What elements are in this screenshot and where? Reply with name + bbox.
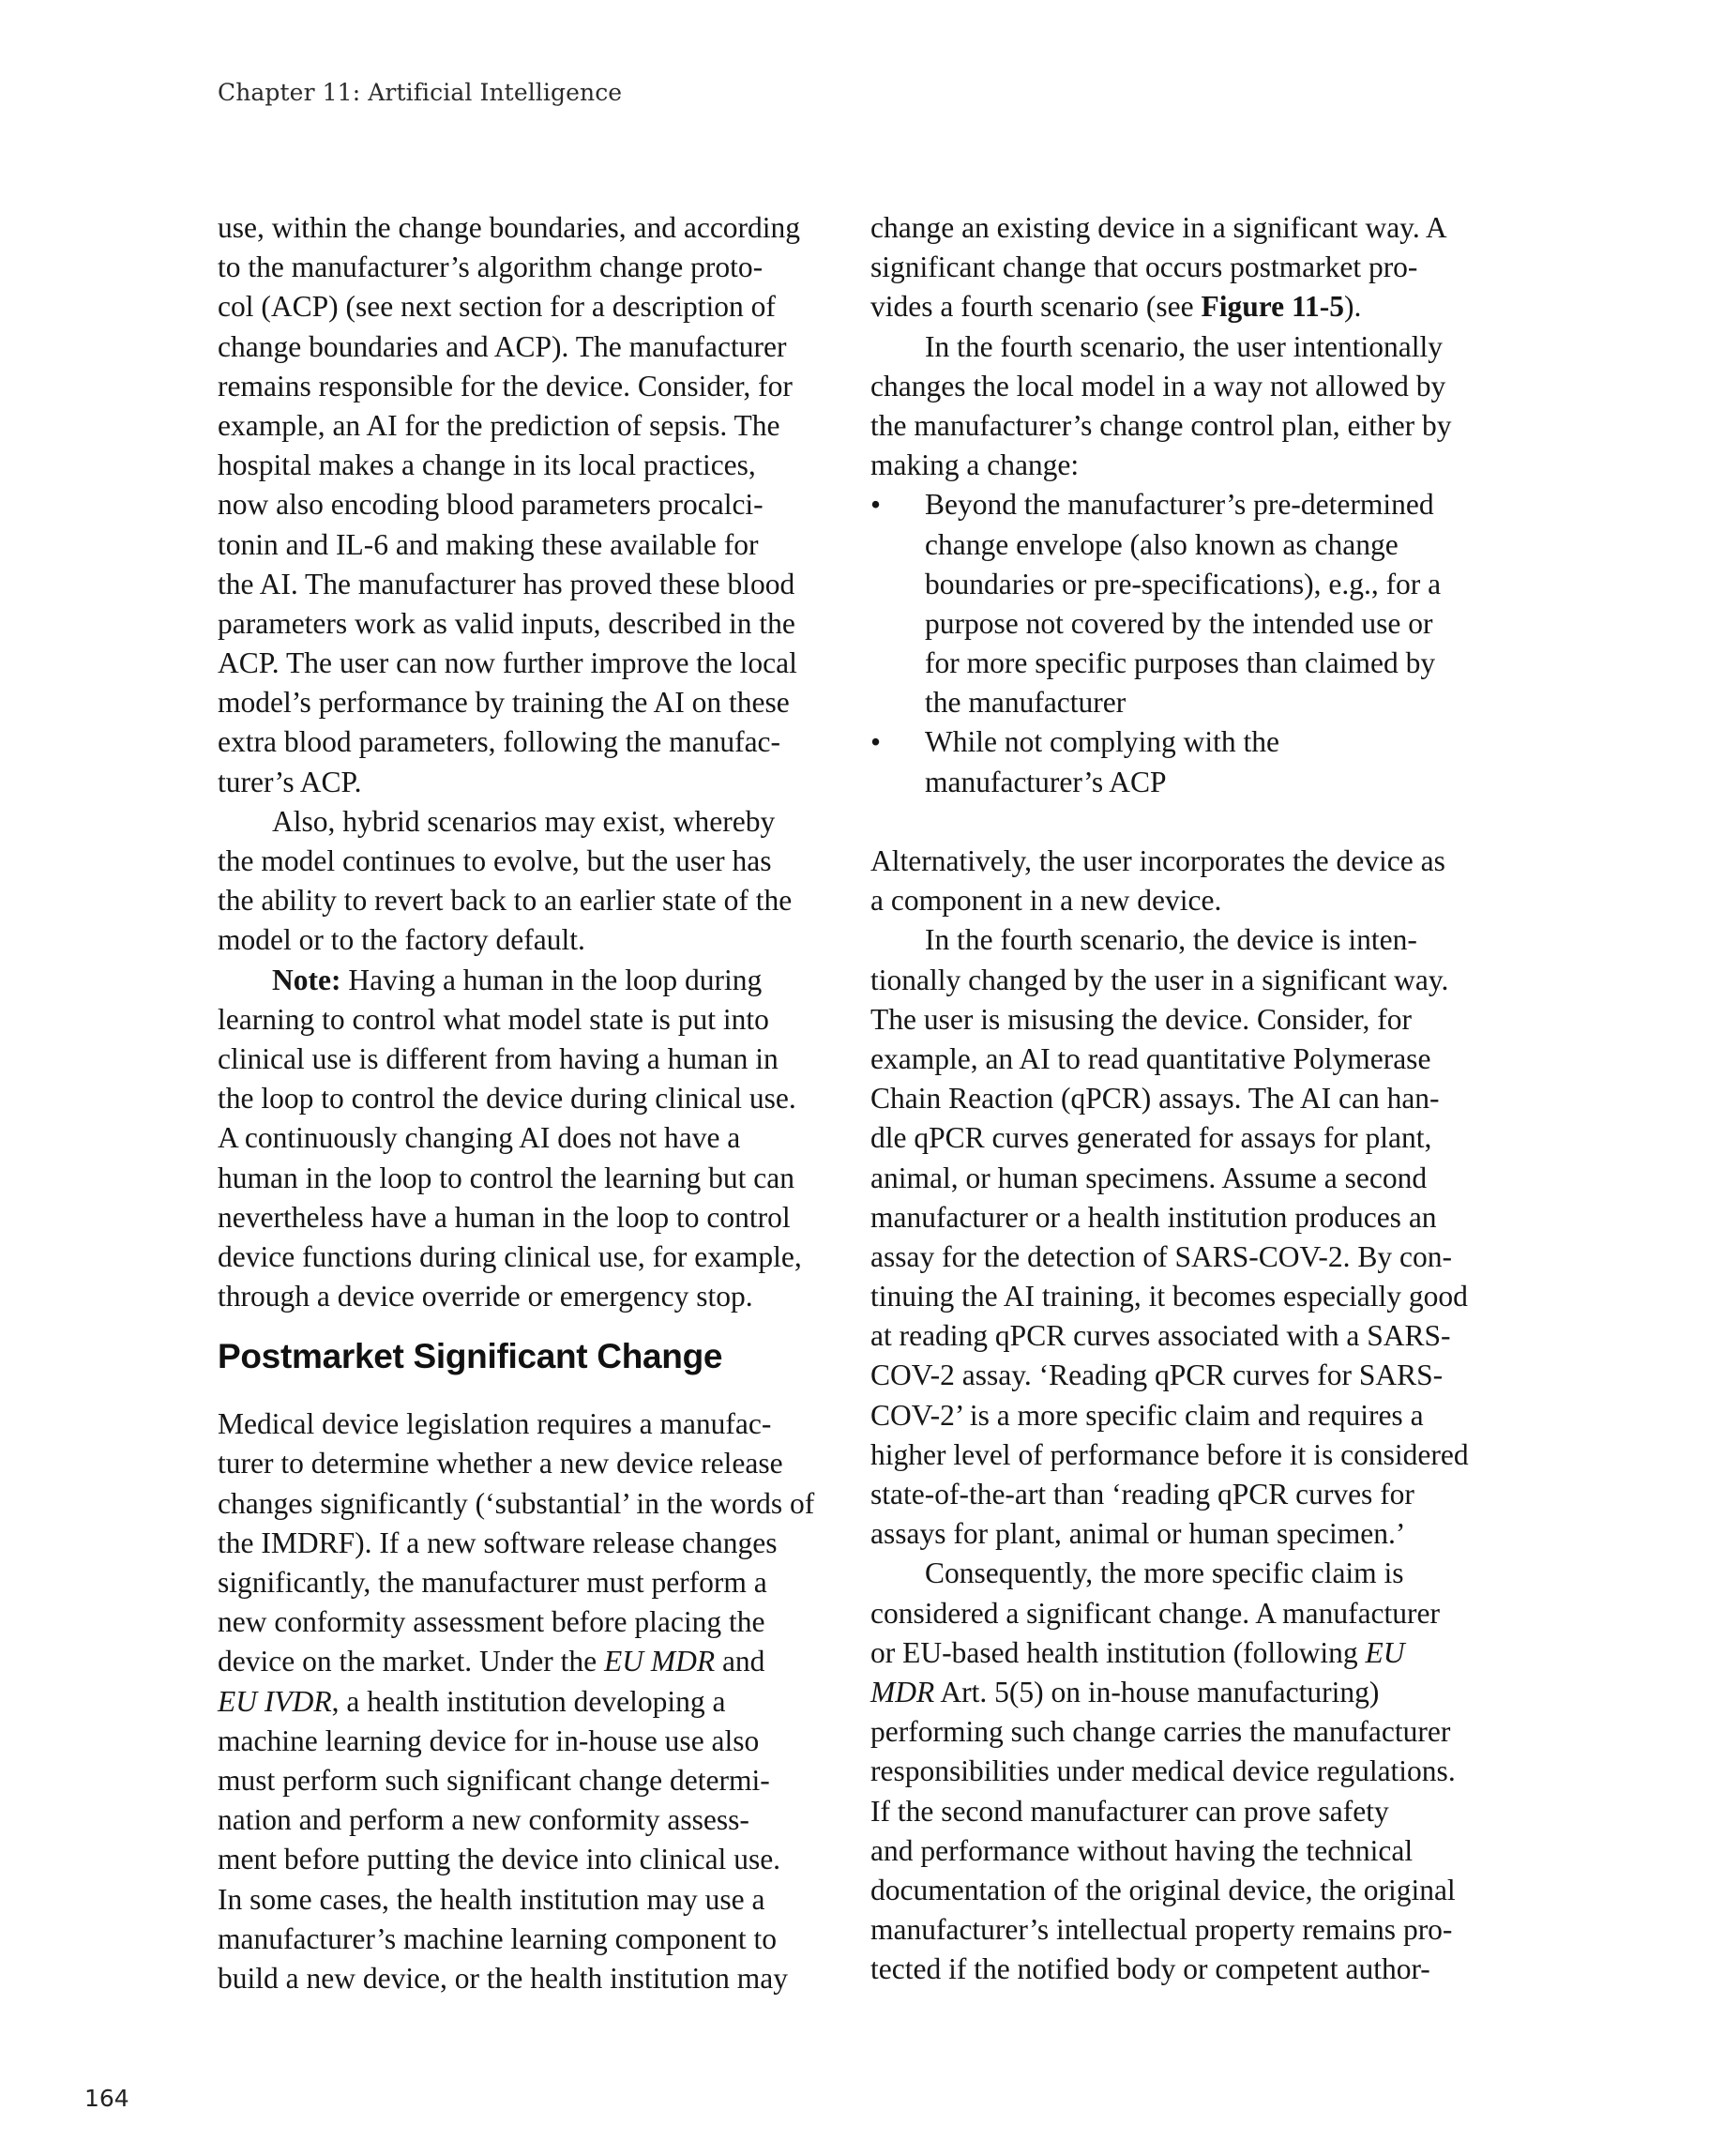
text-line: documentation of the original device, th… — [870, 1871, 1490, 1910]
regulation-name: EU IVDR — [218, 1685, 332, 1718]
text-line: A continuously changing AI does not have… — [218, 1118, 837, 1158]
bullet-list: •Beyond the manufacturer’s pre-determine… — [870, 485, 1490, 802]
text-span: or EU-based health institution (followin… — [870, 1636, 1366, 1669]
text-line: parameters work as valid inputs, describ… — [218, 604, 837, 644]
text-line: example, an AI to read quantitative Poly… — [870, 1040, 1490, 1079]
text-line: build a new device, or the health instit… — [218, 1959, 837, 1998]
text-line: tonin and IL-6 and making these availabl… — [218, 525, 837, 565]
text-line: vides a fourth scenario (see Figure 11-5… — [870, 287, 1490, 326]
text-line: boundaries or pre-specifications), e.g.,… — [870, 565, 1490, 604]
bullet-icon: • — [870, 722, 881, 762]
text-line: change an existing device in a significa… — [870, 208, 1490, 248]
text-line: assays for plant, animal or human specim… — [870, 1514, 1490, 1554]
left-column: use, within the change boundaries, and a… — [218, 208, 837, 1998]
regulation-name: MDR — [870, 1676, 934, 1708]
text-line: example, an AI for the prediction of sep… — [218, 406, 837, 446]
text-line: machine learning device for in-house use… — [218, 1722, 837, 1761]
text-line: col (ACP) (see next section for a descri… — [218, 287, 837, 326]
text-line: device functions during clinical use, fo… — [218, 1237, 837, 1277]
text-line: the loop to control the device during cl… — [218, 1079, 837, 1118]
paragraph-consequently: Consequently, the more specific claim is… — [870, 1554, 1490, 1989]
text-line: the manufacturer — [870, 683, 1490, 722]
text-span: While not complying with the — [925, 725, 1279, 758]
text-span: ). — [1344, 290, 1361, 323]
text-line: changes the local model in a way not all… — [870, 367, 1490, 406]
text-line: tionally changed by the user in a signif… — [870, 961, 1490, 1000]
text-line: purpose not covered by the intended use … — [870, 604, 1490, 644]
section-heading: Postmarket Significant Change — [218, 1335, 837, 1378]
text-line: use, within the change boundaries, and a… — [218, 208, 837, 248]
text-line: COV-2 assay. ‘Reading qPCR curves for SA… — [870, 1356, 1490, 1395]
text-line: If the second manufacturer can prove saf… — [870, 1792, 1490, 1831]
regulation-name: EU MDR — [604, 1645, 715, 1678]
text-line: responsibilities under medical device re… — [870, 1752, 1490, 1791]
right-column: change an existing device in a significa… — [870, 208, 1490, 1989]
text-line: new conformity assessment before placing… — [218, 1602, 837, 1642]
text-line: manufacturer’s ACP — [870, 763, 1490, 802]
text-line: In some cases, the health institution ma… — [218, 1880, 837, 1920]
text-line: hospital makes a change in its local pra… — [218, 446, 837, 485]
text-line: Alternatively, the user incorporates the… — [870, 842, 1490, 881]
text-line: tinuing the AI training, it becomes espe… — [870, 1277, 1490, 1316]
text-line: The user is misusing the device. Conside… — [870, 1000, 1490, 1040]
text-line: now also encoding blood parameters proca… — [218, 485, 837, 524]
text-line: tected if the notified body or competent… — [870, 1950, 1490, 1989]
paragraph-qpcr-example: In the fourth scenario, the device is in… — [870, 920, 1490, 1554]
text-line: considered a significant change. A manuf… — [870, 1594, 1490, 1633]
text-line: making a change: — [870, 446, 1490, 485]
text-line: performing such change carries the manuf… — [870, 1712, 1490, 1752]
text-line: significantly, the manufacturer must per… — [218, 1563, 837, 1602]
text-line: for more specific purposes than claimed … — [870, 644, 1490, 683]
text-line: In the fourth scenario, the device is in… — [870, 920, 1490, 960]
text-span: device on the market. Under the — [218, 1645, 604, 1678]
text-line: nevertheless have a human in the loop to… — [218, 1198, 837, 1237]
text-line: •While not complying with the — [870, 722, 1490, 762]
text-line: Also, hybrid scenarios may exist, whereb… — [218, 802, 837, 842]
paragraph-alternatively: Alternatively, the user incorporates the… — [870, 842, 1490, 920]
paragraph-gap — [870, 802, 1490, 842]
text-line: turer’s ACP. — [218, 763, 837, 802]
text-line: assay for the detection of SARS-COV-2. B… — [870, 1237, 1490, 1277]
running-head: Chapter 11: Artificial Intelligence — [218, 79, 622, 106]
text-line: changes significantly (‘substantial’ in … — [218, 1484, 837, 1524]
bullet-icon: • — [870, 485, 881, 524]
text-line: In the fourth scenario, the user intenti… — [870, 327, 1490, 367]
paragraph-fourth-scenario: In the fourth scenario, the user intenti… — [870, 327, 1490, 486]
text-line: the model continues to evolve, but the u… — [218, 842, 837, 881]
note-label: Note: — [272, 964, 340, 996]
bullet-item: •Beyond the manufacturer’s pre-determine… — [870, 485, 1490, 722]
note-text: Having a human in the loop during — [340, 964, 762, 996]
regulation-name: EU — [1366, 1636, 1405, 1669]
text-line: and performance without having the techn… — [870, 1831, 1490, 1871]
text-line: MDR Art. 5(5) on in-house manufacturing) — [870, 1673, 1490, 1712]
bullet-item: •While not complying with the manufactur… — [870, 722, 1490, 801]
text-line: change envelope (also known as change — [870, 525, 1490, 565]
text-line: Consequently, the more specific claim is — [870, 1554, 1490, 1593]
text-line: model’s performance by training the AI o… — [218, 683, 837, 722]
paragraph-acp-example: use, within the change boundaries, and a… — [218, 208, 837, 802]
paragraph-note: Note: Having a human in the loop during … — [218, 961, 837, 1317]
text-line: must perform such significant change det… — [218, 1761, 837, 1800]
text-line: COV-2’ is a more specific claim and requ… — [870, 1396, 1490, 1435]
text-line: a component in a new device. — [870, 881, 1490, 920]
text-line: extra blood parameters, following the ma… — [218, 722, 837, 762]
text-line: manufacturer’s intellectual property rem… — [870, 1910, 1490, 1950]
figure-reference: Figure 11-5 — [1201, 290, 1344, 323]
text-line: dle qPCR curves generated for assays for… — [870, 1118, 1490, 1158]
text-line: ment before putting the device into clin… — [218, 1840, 837, 1879]
paragraph-legislation: Medical device legislation requires a ma… — [218, 1404, 837, 1998]
text-line: remains responsible for the device. Cons… — [218, 367, 837, 406]
text-span: , a health institution developing a — [332, 1685, 726, 1718]
text-line: higher level of performance before it is… — [870, 1435, 1490, 1475]
text-line: the ability to revert back to an earlier… — [218, 881, 837, 920]
text-line: the AI. The manufacturer has proved thes… — [218, 565, 837, 604]
text-line: model or to the factory default. — [218, 920, 837, 960]
text-span: vides a fourth scenario (see — [870, 290, 1201, 323]
text-line: learning to control what model state is … — [218, 1000, 837, 1040]
text-line: through a device override or emergency s… — [218, 1277, 837, 1316]
text-line: device on the market. Under the EU MDR a… — [218, 1642, 837, 1681]
text-line: or EU-based health institution (followin… — [870, 1633, 1490, 1673]
text-line: at reading qPCR curves associated with a… — [870, 1316, 1490, 1356]
text-line: the IMDRF). If a new software release ch… — [218, 1524, 837, 1563]
paragraph-hybrid-scenarios: Also, hybrid scenarios may exist, whereb… — [218, 802, 837, 961]
text-line: significant change that occurs postmarke… — [870, 248, 1490, 287]
text-line: manufacturer or a health institution pro… — [870, 1198, 1490, 1237]
text-line: nation and perform a new conformity asse… — [218, 1800, 837, 1840]
text-line: human in the loop to control the learnin… — [218, 1159, 837, 1198]
text-line: Chain Reaction (qPCR) assays. The AI can… — [870, 1079, 1490, 1118]
text-line: the manufacturer’s change control plan, … — [870, 406, 1490, 446]
page-number: 164 — [84, 2085, 129, 2112]
text-span: Art. 5(5) on in-house manufacturing) — [934, 1676, 1379, 1708]
text-line: Note: Having a human in the loop during — [218, 961, 837, 1000]
text-line: state-of-the-art than ‘reading qPCR curv… — [870, 1475, 1490, 1514]
text-span: and — [715, 1645, 764, 1678]
text-line: to the manufacturer’s algorithm change p… — [218, 248, 837, 287]
text-line: change boundaries and ACP). The manufact… — [218, 327, 837, 367]
text-line: ACP. The user can now further improve th… — [218, 644, 837, 683]
paragraph-significant-change: change an existing device in a significa… — [870, 208, 1490, 327]
text-span: Beyond the manufacturer’s pre-determined — [925, 488, 1434, 521]
text-line: turer to determine whether a new device … — [218, 1444, 837, 1483]
text-line: manufacturer’s machine learning componen… — [218, 1920, 837, 1959]
text-line: clinical use is different from having a … — [218, 1040, 837, 1079]
text-line: •Beyond the manufacturer’s pre-determine… — [870, 485, 1490, 524]
text-line: Medical device legislation requires a ma… — [218, 1404, 837, 1444]
text-line: animal, or human specimens. Assume a sec… — [870, 1159, 1490, 1198]
text-line: EU IVDR, a health institution developing… — [218, 1682, 837, 1722]
